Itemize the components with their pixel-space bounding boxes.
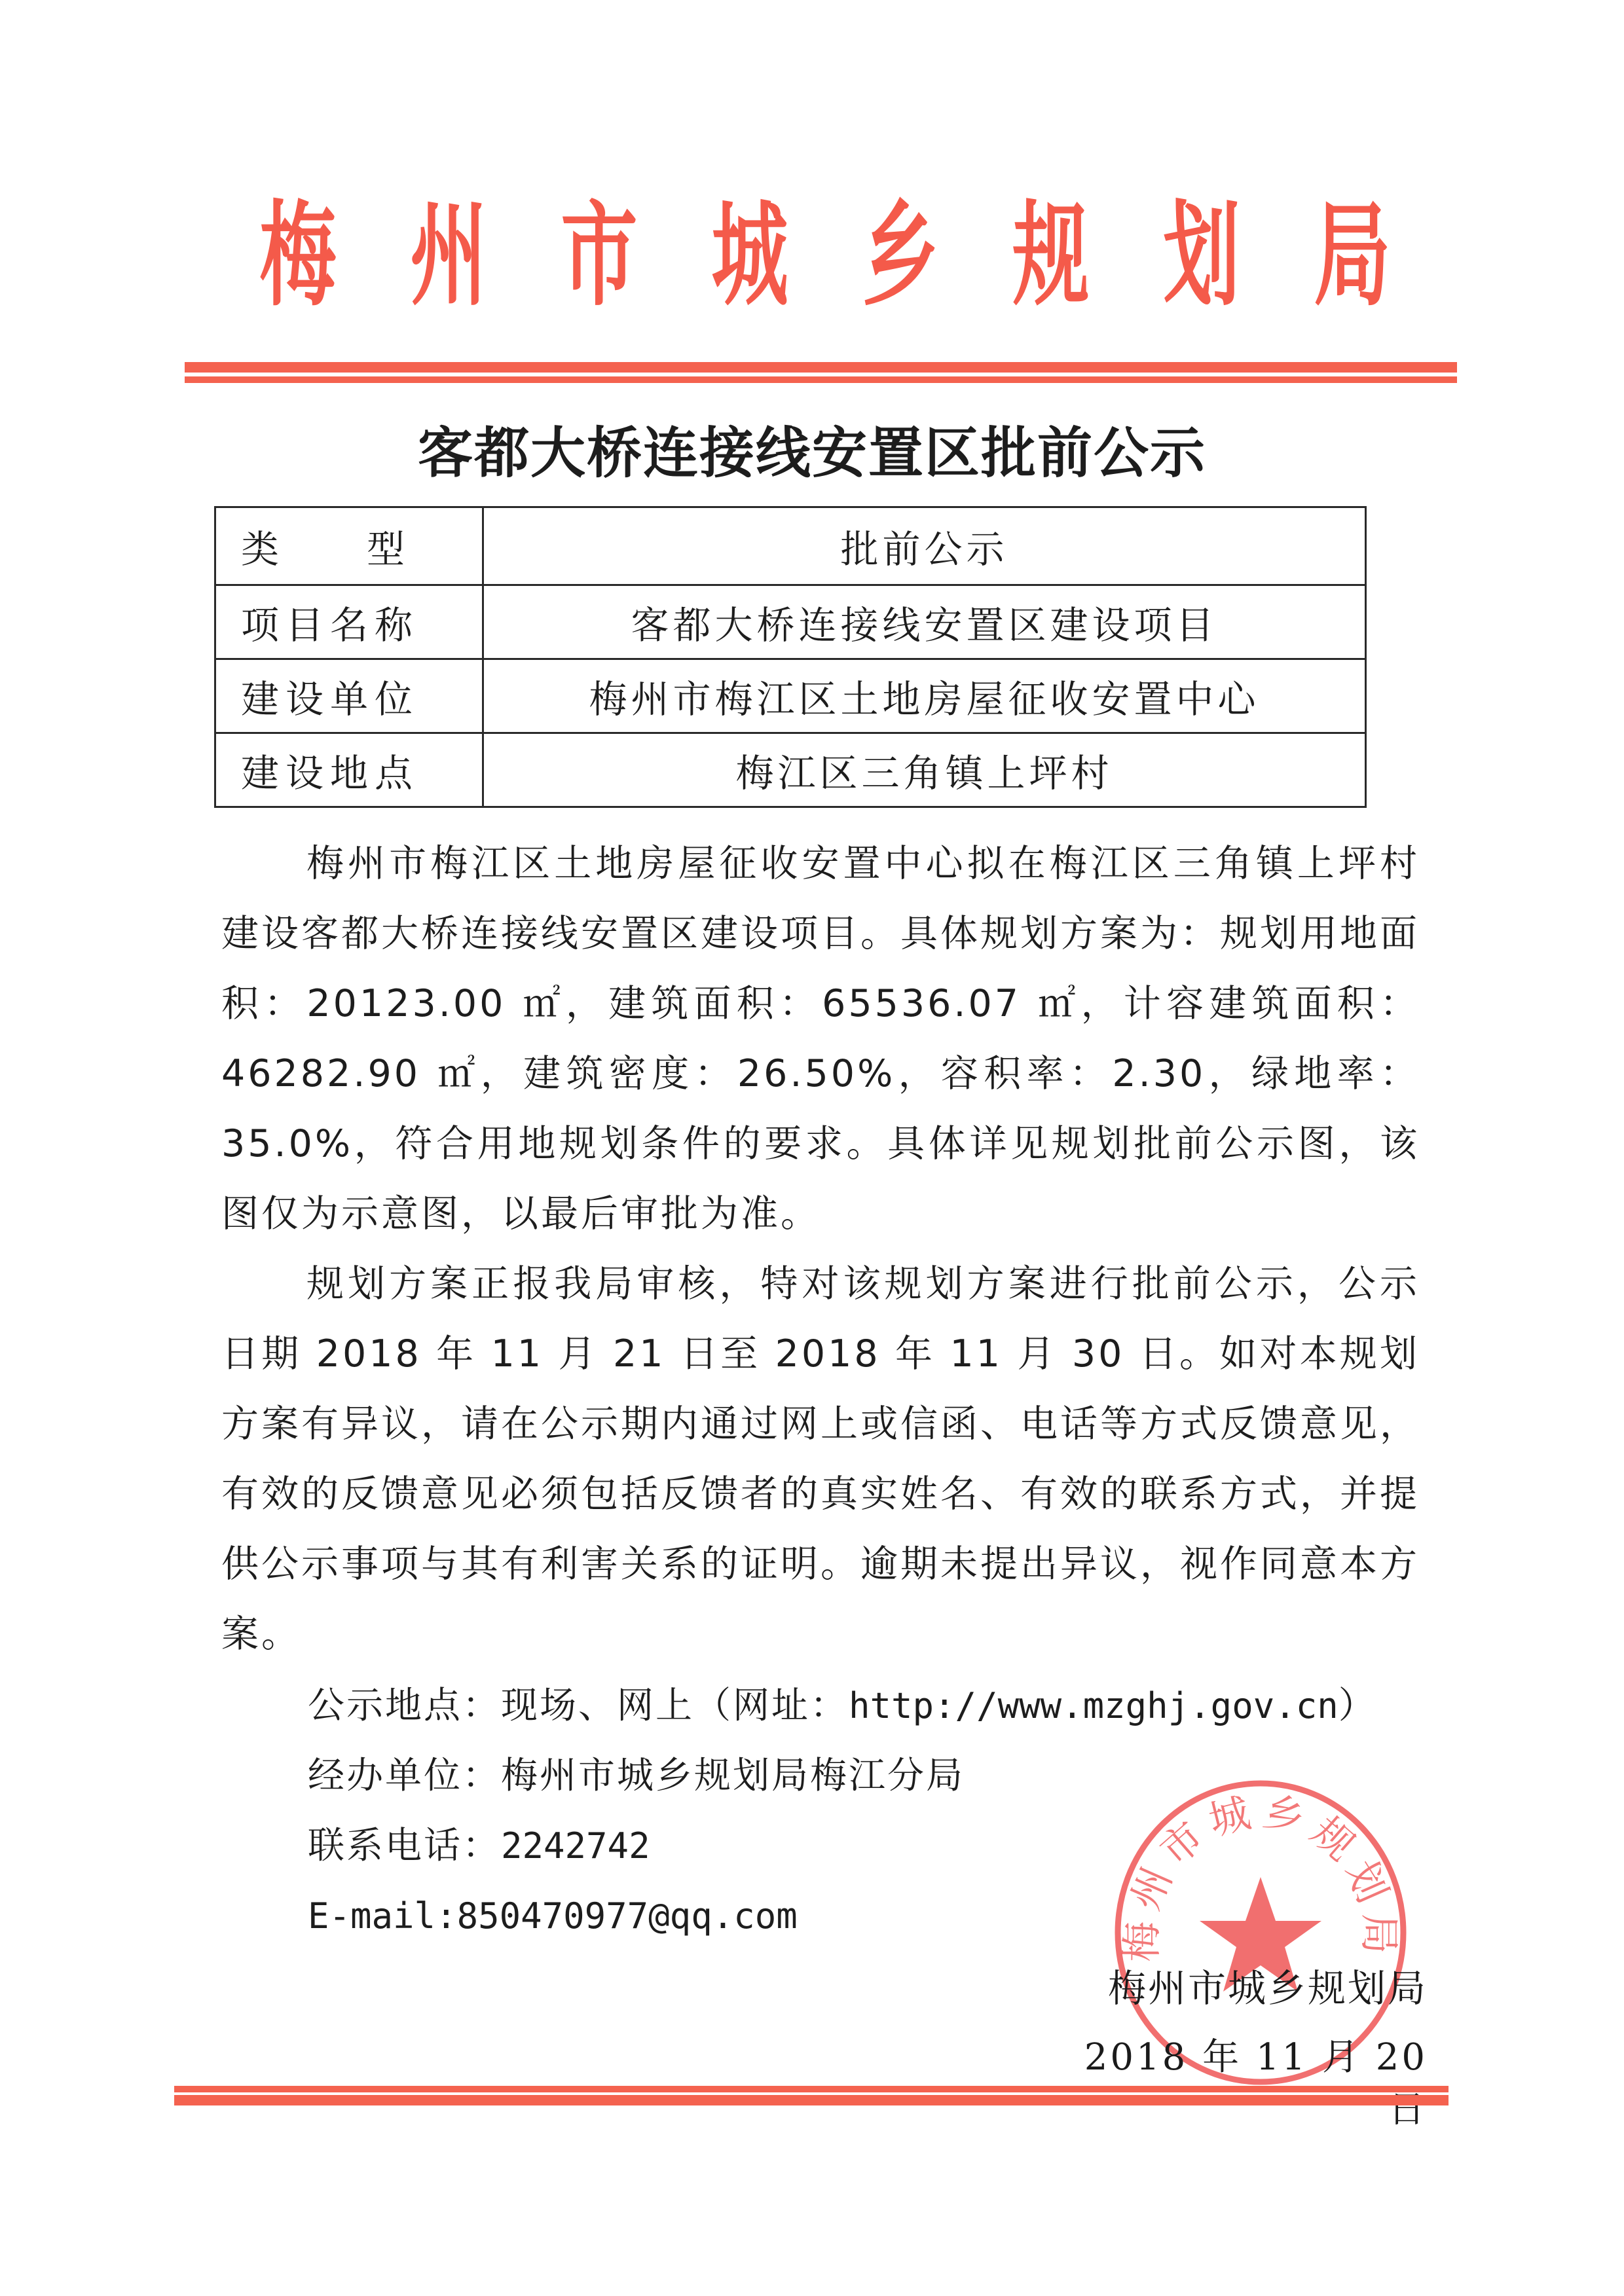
table-key-cell: 建设地点 [215, 733, 483, 807]
table-row: 类 型 批前公示 [215, 507, 1366, 585]
letterhead-char: 州 [410, 199, 487, 312]
table-value-cell: 客都大桥连接线安置区建设项目 [483, 585, 1366, 659]
handler-value: 梅州市城乡规划局梅江分局 [501, 1755, 965, 1797]
contact-location: 公示地点：现场、网上（网址：http://www.mzghj.gov.cn） [308, 1671, 1377, 1741]
website-link[interactable]: http://www.mzghj.gov.cn [849, 1685, 1338, 1726]
location-close: ） [1338, 1685, 1377, 1727]
table-key-cell: 建设单位 [215, 659, 483, 733]
body-paragraph: 梅州市梅江区土地房屋征收安置中心拟在梅江区三角镇上坪村建设客都大桥连接线安置区建… [221, 829, 1420, 1249]
table-row: 建设地点 梅江区三角镇上坪村 [215, 733, 1366, 807]
table-row: 建设单位 梅州市梅江区土地房屋征收安置中心 [215, 659, 1366, 733]
table-key-cell: 项目名称 [215, 585, 483, 659]
letterhead-char: 市 [561, 199, 637, 312]
document-title: 客都大桥连接线安置区批前公示 [0, 426, 1624, 481]
email-label: E-mail: [308, 1895, 457, 1937]
phone-label: 联系电话： [308, 1825, 501, 1867]
handler-label: 经办单位： [308, 1755, 501, 1797]
letterhead-char: 城 [711, 199, 788, 312]
letterhead-divider-thick [185, 362, 1457, 373]
info-table: 类 型 批前公示 项目名称 客都大桥连接线安置区建设项目 建设单位 梅州市梅江区… [214, 506, 1367, 808]
letterhead-char: 规 [1012, 199, 1089, 312]
table-key-cell: 类 型 [215, 507, 483, 585]
footer-divider-thick [174, 2095, 1449, 2105]
letterhead-divider-thin [185, 376, 1457, 383]
signature-org: 梅州市城乡规划局 [1074, 1958, 1428, 2013]
table-value-cell: 批前公示 [483, 507, 1366, 585]
table-row: 项目名称 客都大桥连接线安置区建设项目 [215, 585, 1366, 659]
letterhead-char: 局 [1314, 199, 1390, 312]
location-label: 公示地点： [308, 1685, 501, 1727]
letterhead-char: 划 [1163, 199, 1240, 312]
table-key-part: 类 [241, 519, 279, 574]
table-key-part: 型 [367, 519, 405, 574]
table-value-cell: 梅江区三角镇上坪村 [483, 733, 1366, 807]
phone-value: 2242742 [501, 1825, 650, 1867]
body-paragraph: 规划方案正报我局审核，特对该规划方案进行批前公示，公示日期 2018 年 11 … [221, 1249, 1420, 1669]
letterhead: 梅 州 市 城 乡 规 划 局 [249, 190, 1401, 321]
signature-date: 2018 年 11 月 20 日 [1041, 2028, 1428, 2133]
notice-body: 梅州市梅江区土地房屋征收安置中心拟在梅江区三角镇上坪村建设客都大桥连接线安置区建… [221, 829, 1420, 1669]
location-value: 现场、网上（网址： [501, 1685, 849, 1727]
letterhead-char: 乡 [862, 199, 938, 312]
letterhead-char: 梅 [260, 199, 337, 312]
table-value-cell: 梅州市梅江区土地房屋征收安置中心 [483, 659, 1366, 733]
footer-divider-thin [174, 2086, 1449, 2092]
email-link[interactable]: 850470977@qq.com [457, 1895, 798, 1937]
